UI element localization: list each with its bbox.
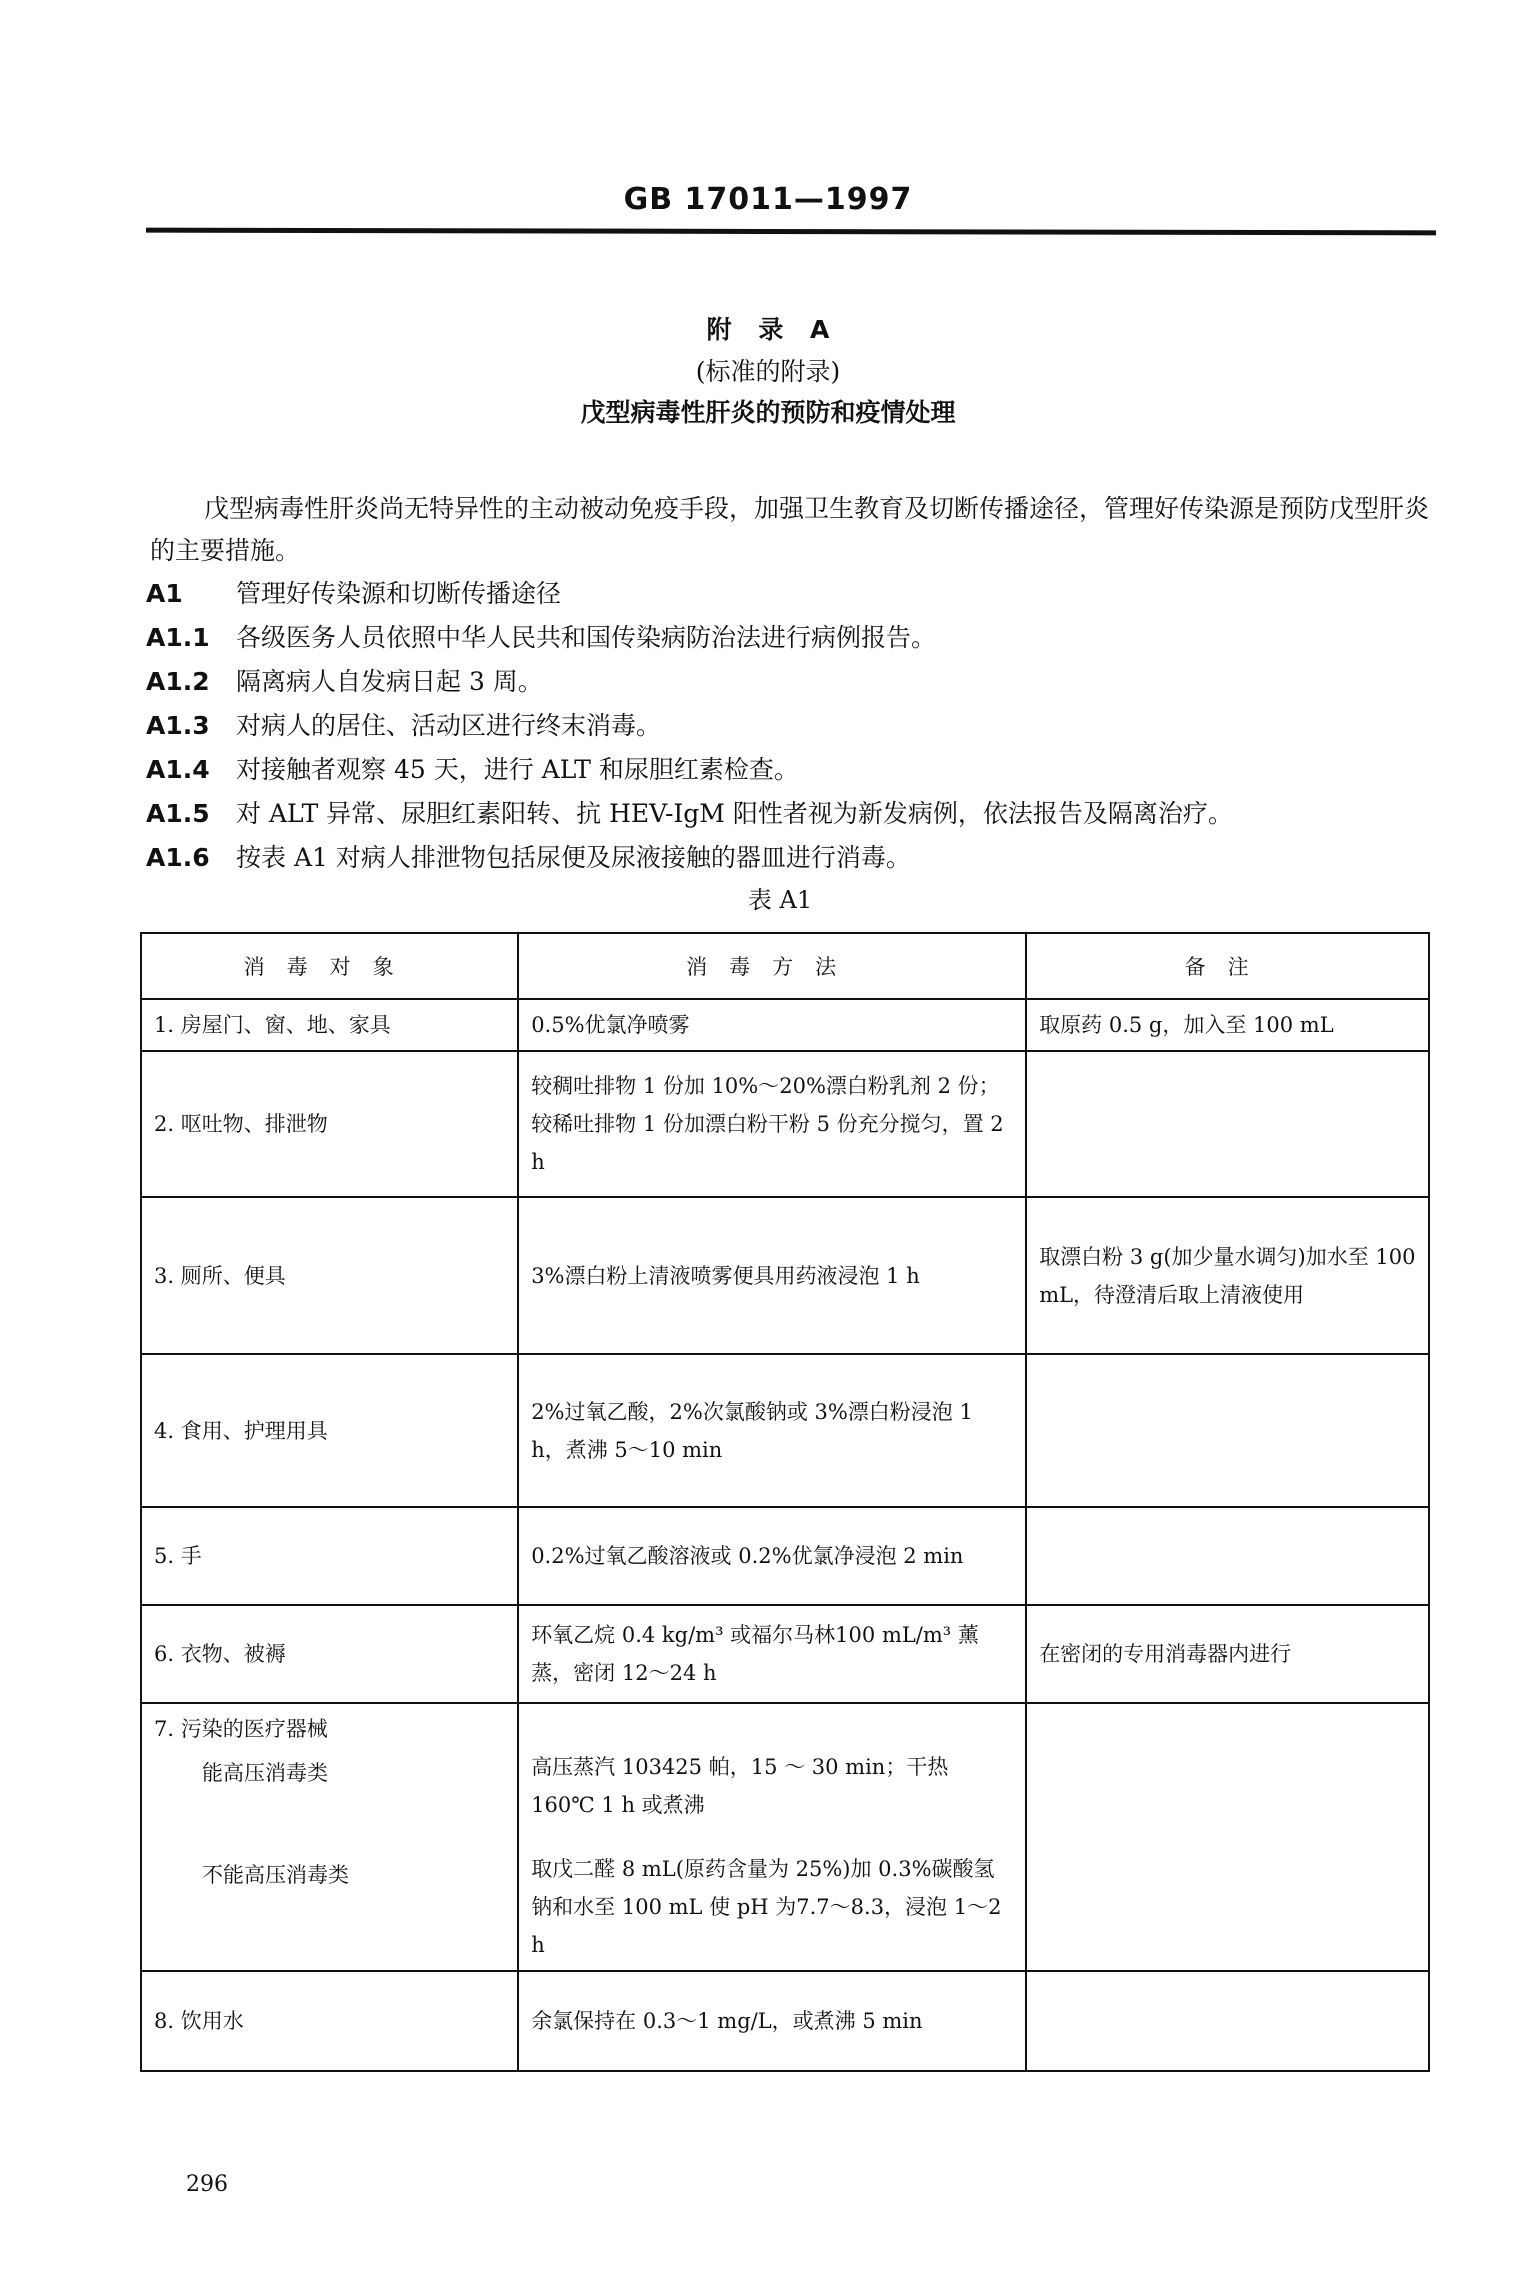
section-text: 隔离病人自发病日起 3 周。 <box>236 667 543 696</box>
section-a1-1: A1.1各级医务人员依照中华人民共和国传染病防治法进行病例报告。 <box>146 616 1446 660</box>
section-text: 对 ALT 异常、尿胆红素阳转、抗 HEV-IgM 阳性者视为新发病例，依法报告… <box>236 799 1233 828</box>
section-text: 按表 A1 对病人排泄物包括尿便及尿液接触的器皿进行消毒。 <box>236 843 911 872</box>
cell-object: 4. 食用、护理用具 <box>141 1354 518 1507</box>
cell-note <box>1026 1507 1429 1605</box>
cell-object: 5. 手 <box>141 1507 518 1605</box>
table-row: 1. 房屋门、窗、地、家具 0.5%优氯净喷雾 取原药 0.5 g，加入至 10… <box>141 999 1429 1051</box>
appendix-title: 戊型病毒性肝炎的预防和疫情处理 <box>0 393 1536 429</box>
section-list: A1管理好传染源和切断传播途径 A1.1各级医务人员依照中华人民共和国传染病防治… <box>146 572 1446 880</box>
intro-paragraph: 戊型病毒性肝炎尚无特异性的主动被动免疫手段，加强卫生教育及切断传播途径，管理好传… <box>150 488 1440 572</box>
cell-object: 3. 厕所、便具 <box>141 1197 518 1354</box>
column-header-method: 消毒方法 <box>518 933 1026 999</box>
object-label: 7. 污染的医疗器械 <box>154 1717 328 1741</box>
table-row: 7. 污染的医疗器械 能高压消毒类 不能高压消毒类 高压蒸汽 103425 帕，… <box>141 1703 1429 1971</box>
cell-method: 2%过氧乙酸，2%次氯酸钠或 3%漂白粉浸泡 1 h，煮沸 5～10 min <box>518 1354 1026 1507</box>
section-a1-6: A1.6按表 A1 对病人排泄物包括尿便及尿液接触的器皿进行消毒。 <box>146 836 1446 880</box>
section-number: A1.1 <box>146 616 236 660</box>
section-a1-4: A1.4对接触者观察 45 天，进行 ALT 和尿胆红素检查。 <box>146 748 1446 792</box>
cell-note: 取原药 0.5 g，加入至 100 mL <box>1026 999 1429 1051</box>
table-row: 3. 厕所、便具 3%漂白粉上清液喷雾便具用药液浸泡 1 h 取漂白粉 3 g(… <box>141 1197 1429 1354</box>
section-number: A1.4 <box>146 748 236 792</box>
cell-method: 余氯保持在 0.3～1 mg/L，或煮沸 5 min <box>518 1971 1026 2071</box>
cell-method: 0.5%优氯净喷雾 <box>518 999 1026 1051</box>
section-a1-3: A1.3对病人的居住、活动区进行终末消毒。 <box>146 704 1446 748</box>
sub-category-autoclavable: 能高压消毒类 <box>154 1754 505 1792</box>
cell-method: 3%漂白粉上清液喷雾便具用药液浸泡 1 h <box>518 1197 1026 1354</box>
cell-method: 高压蒸汽 103425 帕，15 ～ 30 min；干热 160℃ 1 h 或煮… <box>518 1703 1026 1971</box>
cell-object: 7. 污染的医疗器械 能高压消毒类 不能高压消毒类 <box>141 1703 518 1971</box>
section-a1-2: A1.2隔离病人自发病日起 3 周。 <box>146 660 1446 704</box>
cell-note <box>1026 1354 1429 1507</box>
cell-object: 2. 呕吐物、排泄物 <box>141 1051 518 1197</box>
table-row: 6. 衣物、被褥 环氧乙烷 0.4 kg/m³ 或福尔马林100 mL/m³ 薰… <box>141 1605 1429 1703</box>
cell-object: 1. 房屋门、窗、地、家具 <box>141 999 518 1051</box>
column-header-note: 备注 <box>1026 933 1429 999</box>
cell-note: 取漂白粉 3 g(加少量水调匀)加水至 100 mL，待澄清后取上清液使用 <box>1026 1197 1429 1354</box>
table-header-row: 消毒对象 消毒方法 备注 <box>141 933 1429 999</box>
section-number: A1.2 <box>146 660 236 704</box>
cell-method: 环氧乙烷 0.4 kg/m³ 或福尔马林100 mL/m³ 薰蒸，密闭 12～2… <box>518 1605 1026 1703</box>
sub-category-non-autoclavable: 不能高压消毒类 <box>154 1856 505 1894</box>
column-header-object: 消毒对象 <box>141 933 518 999</box>
cell-method: 0.2%过氧乙酸溶液或 0.2%优氯净浸泡 2 min <box>518 1507 1026 1605</box>
section-text: 对病人的居住、活动区进行终末消毒。 <box>236 711 661 740</box>
appendix-type: (标准的附录) <box>0 352 1536 388</box>
cell-note: 在密闭的专用消毒器内进行 <box>1026 1605 1429 1703</box>
cell-note <box>1026 1051 1429 1197</box>
table-row: 5. 手 0.2%过氧乙酸溶液或 0.2%优氯净浸泡 2 min <box>141 1507 1429 1605</box>
header-rule <box>146 228 1436 236</box>
cell-object: 6. 衣物、被褥 <box>141 1605 518 1703</box>
section-number: A1.5 <box>146 792 236 836</box>
appendix-label: 附 录 A <box>0 310 1536 346</box>
table-row: 8. 饮用水 余氯保持在 0.3～1 mg/L，或煮沸 5 min <box>141 1971 1429 2071</box>
page-number: 296 <box>186 2172 228 2197</box>
cell-method: 较稠吐排物 1 份加 10%～20%漂白粉乳剂 2 份；较稀吐排物 1 份加漂白… <box>518 1051 1026 1197</box>
section-a1-5: A1.5对 ALT 异常、尿胆红素阳转、抗 HEV-IgM 阳性者视为新发病例，… <box>146 792 1446 836</box>
method-non-autoclavable: 取戊二醛 8 mL(原药含量为 25%)加 0.3%碳酸氢钠和水至 100 mL… <box>531 1850 1013 1964</box>
table-row: 4. 食用、护理用具 2%过氧乙酸，2%次氯酸钠或 3%漂白粉浸泡 1 h，煮沸… <box>141 1354 1429 1507</box>
standard-number-header: GB 17011—1997 <box>0 182 1536 217</box>
section-number: A1 <box>146 572 236 616</box>
disinfection-table: 消毒对象 消毒方法 备注 1. 房屋门、窗、地、家具 0.5%优氯净喷雾 取原药… <box>140 932 1430 2072</box>
section-text: 管理好传染源和切断传播途径 <box>236 579 561 608</box>
cell-note <box>1026 1971 1429 2071</box>
section-number: A1.6 <box>146 836 236 880</box>
cell-object: 8. 饮用水 <box>141 1971 518 2071</box>
section-text: 对接触者观察 45 天，进行 ALT 和尿胆红素检查。 <box>236 755 799 784</box>
table-row: 2. 呕吐物、排泄物 较稠吐排物 1 份加 10%～20%漂白粉乳剂 2 份；较… <box>141 1051 1429 1197</box>
method-autoclavable: 高压蒸汽 103425 帕，15 ～ 30 min；干热 160℃ 1 h 或煮… <box>531 1748 1013 1824</box>
section-text: 各级医务人员依照中华人民共和国传染病防治法进行病例报告。 <box>236 623 936 652</box>
cell-note <box>1026 1703 1429 1971</box>
table-caption: 表 A1 <box>0 880 1536 915</box>
section-number: A1.3 <box>146 704 236 748</box>
section-a1: A1管理好传染源和切断传播途径 <box>146 572 1446 616</box>
